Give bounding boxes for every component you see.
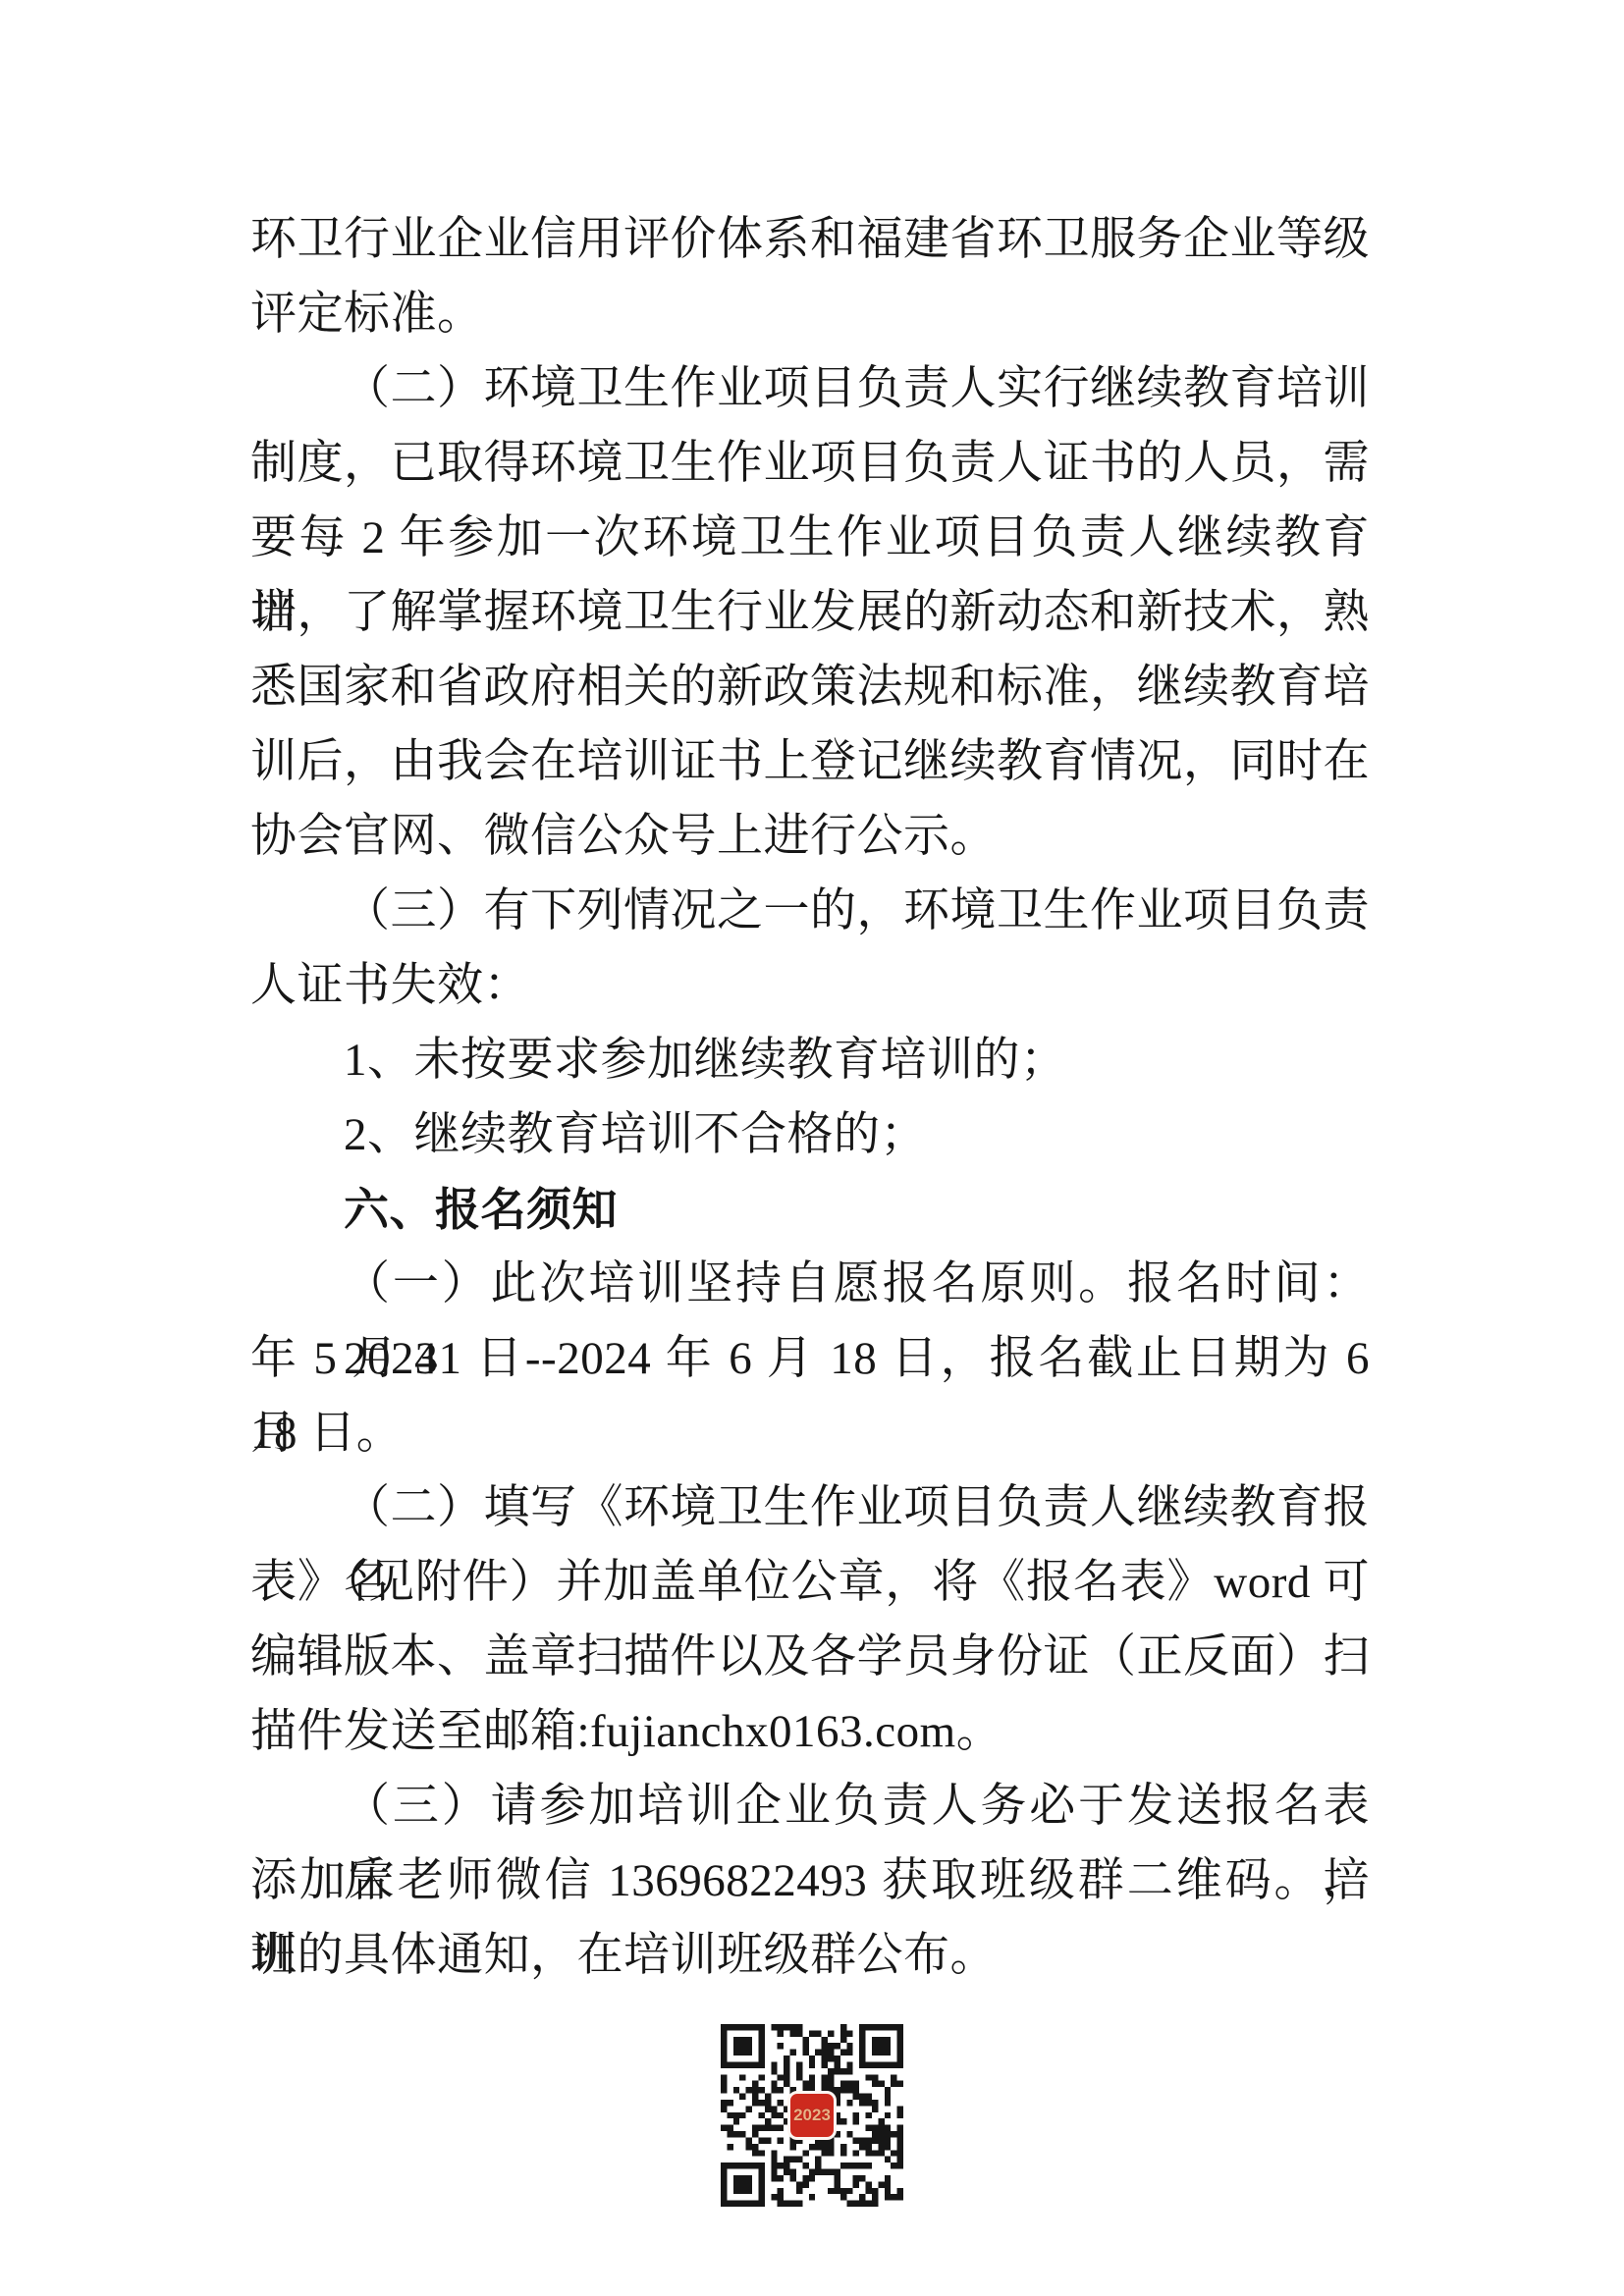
text-line-12: 1、未按要求参加继续教育培训的； xyxy=(250,1023,1370,1097)
wechat-group-qr-code: 2023 xyxy=(721,2024,903,2207)
text-line-18: （二）填写《环境卫生作业项目负责人继续教育报名 xyxy=(250,1470,1370,1545)
text-line-16: 年 5 月 31 日--2024 年 6 月 18 日，报名截止日期为 6 月 xyxy=(250,1321,1370,1396)
text-line-8: 训后，由我会在培训证书上登记继续教育情况，同时在 xyxy=(250,724,1370,799)
text-line-7: 悉国家和省政府相关的新政策法规和标准，继续教育培 xyxy=(250,650,1370,724)
text-line-24: 班的具体通知，在培训班级群公布。 xyxy=(250,1918,1370,1993)
text-line-10: （三）有下列情况之一的，环境卫生作业项目负责 xyxy=(250,874,1370,948)
text-line-1: 环卫行业企业信用评价体系和福建省环卫服务企业等级 xyxy=(250,202,1370,277)
text-line-17: 18 日。 xyxy=(250,1396,1370,1470)
text-line-15: （一）此次培训坚持自愿报名原则。报名时间：2024 xyxy=(250,1247,1370,1321)
text-line-5: 要每 2 年参加一次环境卫生作业项目负责人继续教育培 xyxy=(250,501,1370,575)
text-line-23: 添加宋老师微信 13696822493 获取班级群二维码。培训 xyxy=(250,1843,1370,1918)
text-line-21: 描件发送至邮箱:fujianchx0163.com。 xyxy=(250,1694,1370,1769)
text-line-4: 制度，已取得环境卫生作业项目负责人证书的人员，需 xyxy=(250,426,1370,501)
text-line-19: 表》（见附件）并加盖单位公章，将《报名表》word 可 xyxy=(250,1545,1370,1620)
text-line-14: 六、报名须知 xyxy=(250,1172,1370,1247)
text-line-11: 人证书失效： xyxy=(250,948,1370,1023)
text-line-6: 训，了解掌握环境卫生行业发展的新动态和新技术，熟 xyxy=(250,575,1370,650)
qr-logo-year-text: 2023 xyxy=(793,2106,831,2125)
text-line-2: 评定标准。 xyxy=(250,277,1370,351)
text-line-3: （二）环境卫生作业项目负责人实行继续教育培训 xyxy=(250,351,1370,426)
document-page: 环卫行业企业信用评价体系和福建省环卫服务企业等级评定标准。（二）环境卫生作业项目… xyxy=(0,0,1624,2296)
text-line-20: 编辑版本、盖章扫描件以及各学员身份证（正反面）扫 xyxy=(250,1620,1370,1694)
qr-center-logo: 2023 xyxy=(787,2091,837,2140)
text-line-9: 协会官网、微信公众号上进行公示。 xyxy=(250,799,1370,874)
document-body: 环卫行业企业信用评价体系和福建省环卫服务企业等级评定标准。（二）环境卫生作业项目… xyxy=(250,202,1370,1993)
text-line-13: 2、继续教育培训不合格的； xyxy=(250,1097,1370,1172)
text-line-22: （三）请参加培训企业负责人务必于发送报名表后， xyxy=(250,1769,1370,1843)
